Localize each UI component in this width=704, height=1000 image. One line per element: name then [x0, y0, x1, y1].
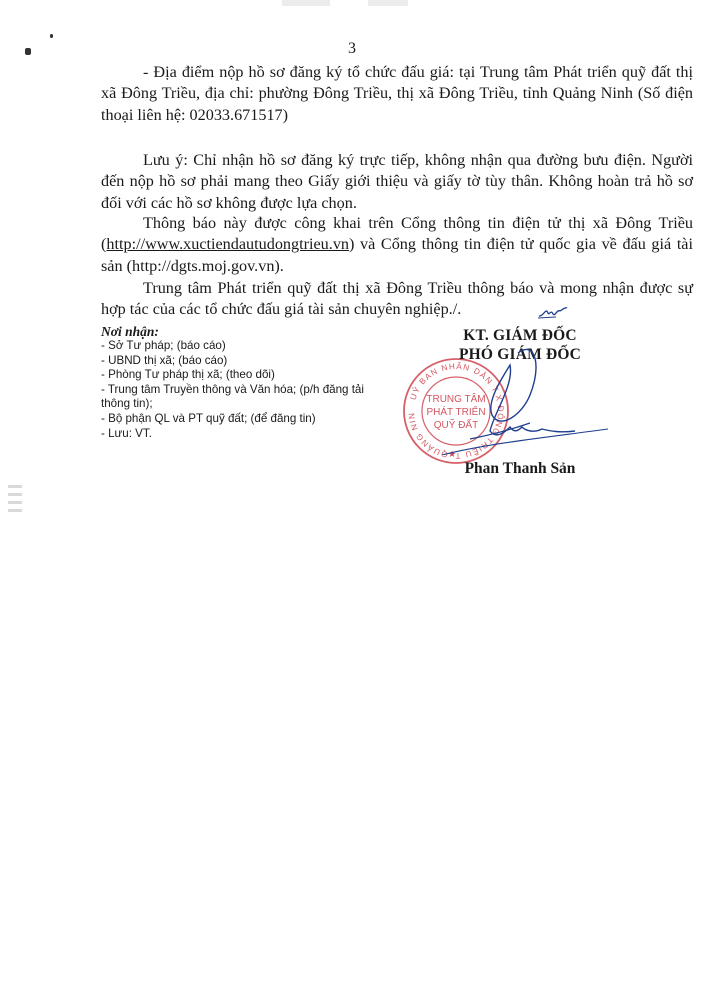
- page-number: 3: [0, 40, 704, 58]
- margin-marks: [8, 480, 26, 540]
- scan-speck: [50, 34, 53, 38]
- paragraph-closing: Trung tâm Phát triển quỹ đất thị xã Đông…: [101, 278, 693, 321]
- handwritten-signature-icon: [430, 335, 610, 455]
- recipient-item: - Lưu: VT.: [101, 427, 371, 442]
- recipient-item: - Bộ phận QL và PT quỹ đất; (để đăng tin…: [101, 412, 371, 427]
- signer-name: Phan Thanh Sản: [430, 460, 610, 478]
- scan-artifact: [368, 0, 408, 6]
- paragraph-submission-location: - Địa điểm nộp hồ sơ đăng ký tổ chức đấu…: [101, 62, 693, 126]
- link-dgts: http://dgts.moj.gov.vn: [132, 257, 274, 275]
- recipients-title: Nơi nhận:: [101, 324, 371, 339]
- scan-artifact: [282, 0, 330, 6]
- document-page: 3 - Địa điểm nộp hồ sơ đăng ký tổ chức đ…: [0, 0, 704, 1000]
- paragraph-text-after: ).: [274, 257, 283, 275]
- recipients-list: Nơi nhận: - Sở Tư pháp; (báo cáo) - UBND…: [101, 324, 371, 441]
- initial-signature-icon: [538, 305, 568, 319]
- paragraph-text: Trung tâm Phát triển quỹ đất thị xã Đông…: [101, 279, 693, 318]
- paragraph-text: Lưu ý: Chỉ nhận hồ sơ đăng ký trực tiếp,…: [101, 151, 693, 212]
- recipient-item: - Sở Tư pháp; (báo cáo): [101, 339, 371, 354]
- recipient-item: - Phòng Tư pháp thị xã; (theo dõi): [101, 368, 371, 383]
- paragraph-text: - Địa điểm nộp hồ sơ đăng ký tổ chức đấu…: [101, 63, 693, 124]
- paragraph-note: Lưu ý: Chỉ nhận hồ sơ đăng ký trực tiếp,…: [101, 150, 693, 214]
- recipient-item: - Trung tâm Truyền thông và Văn hóa; (p/…: [101, 383, 371, 412]
- recipient-item: - UBND thị xã; (báo cáo): [101, 354, 371, 369]
- link-xuctiendautu[interactable]: http://www.xuctiendautudongtrieu.vn: [106, 235, 349, 253]
- paragraph-publication: Thông báo này được công khai trên Cổng t…: [101, 213, 693, 277]
